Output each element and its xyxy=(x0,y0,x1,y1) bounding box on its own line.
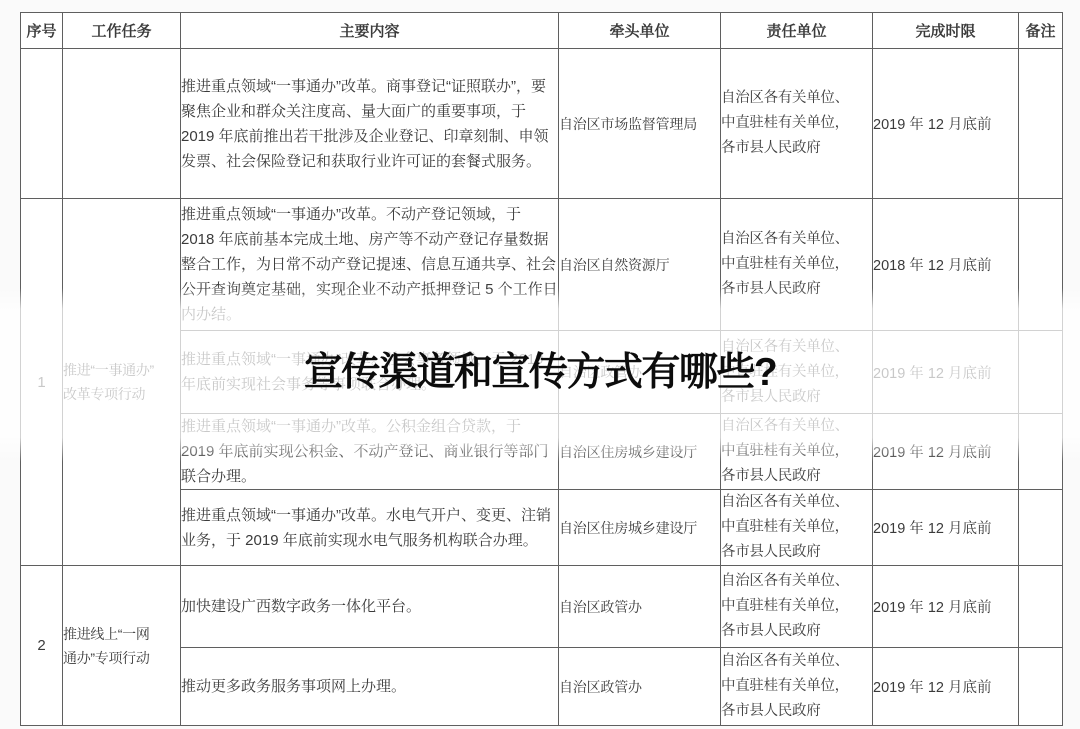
content-cell: 推动更多政务服务事项网上办理。 xyxy=(181,648,559,726)
col-header-lead: 牵头单位 xyxy=(559,13,721,49)
table-row: 1 推进“一事通办” 改革专项行动 推进重点领域“一事通办”改革。不动产登记领域… xyxy=(21,199,1063,331)
lead-unit-cell: 自治区政管办 xyxy=(559,648,721,726)
document-page: 序号 工作任务 主要内容 牵头单位 责任单位 完成时限 备注 推进重点领域“一事… xyxy=(0,0,1080,729)
lead-unit-cell: 自治区自然资源厅 xyxy=(559,199,721,331)
remark-cell xyxy=(1019,49,1063,199)
resp-unit-cell: 自治区各有关单位、 中直驻桂有关单位， 各市县人民政府 xyxy=(721,414,873,490)
task-cell: 推进“一事通办” 改革专项行动 xyxy=(63,199,181,566)
task-cell-empty xyxy=(63,49,181,199)
lead-unit-cell: 自治区住房城乡建设厅 xyxy=(559,490,721,566)
remark-cell xyxy=(1019,331,1063,414)
lead-unit-cell: 自治区政管办 xyxy=(559,566,721,648)
deadline-cell: 2019 年 12 月底前 xyxy=(873,331,1019,414)
deadline-cell: 2019 年 12 月底前 xyxy=(873,490,1019,566)
lead-unit-cell: 自治区住房城乡建设厅 xyxy=(559,414,721,490)
task-cell: 推进线上“一网 通办”专项行动 xyxy=(63,566,181,726)
deadline-cell: 2019 年 12 月底前 xyxy=(873,49,1019,199)
table-header-row: 序号 工作任务 主要内容 牵头单位 责任单位 完成时限 备注 xyxy=(21,13,1063,49)
seq-cell-empty xyxy=(21,49,63,199)
resp-unit-cell: 自治区各有关单位、 中直驻桂有关单位， 各市县人民政府 xyxy=(721,648,873,726)
remark-cell xyxy=(1019,199,1063,331)
lead-unit-cell: 自治区市场监督管理局 xyxy=(559,49,721,199)
deadline-cell: 2019 年 12 月底前 xyxy=(873,648,1019,726)
resp-unit-cell: 自治区各有关单位、 中直驻桂有关单位， 各市县人民政府 xyxy=(721,199,873,331)
remark-cell xyxy=(1019,566,1063,648)
content-cell: 推进重点领域“一事通办”改革。不动产登记领域，于 2018 年底前基本完成土地、… xyxy=(181,199,559,331)
remark-cell xyxy=(1019,414,1063,490)
deadline-cell: 2019 年 12 月底前 xyxy=(873,414,1019,490)
content-cell: 推进重点领域“一事通办”改革。公积金组合贷款，于 2019 年底前实现公积金、不… xyxy=(181,414,559,490)
content-cell: 推进重点领域“一事通办”改革。水电气开户、变更、注销业务，于 2019 年底前实… xyxy=(181,490,559,566)
content-cell: 推进重点领域“一事通办”改革。商事登记“证照联办”，要聚焦企业和群众关注度高、量… xyxy=(181,49,559,199)
remark-cell xyxy=(1019,490,1063,566)
col-header-resp: 责任单位 xyxy=(721,13,873,49)
col-header-note: 备注 xyxy=(1019,13,1063,49)
seq-cell: 1 xyxy=(21,199,63,566)
resp-unit-cell: 自治区各有关单位、 中直驻桂有关单位， 各市县人民政府 xyxy=(721,566,873,648)
deadline-cell: 2018 年 12 月底前 xyxy=(873,199,1019,331)
seq-cell: 2 xyxy=(21,566,63,726)
col-header-time: 完成时限 xyxy=(873,13,1019,49)
resp-unit-cell: 自治区各有关单位、 中直驻桂有关单位， 各市县人民政府 xyxy=(721,49,873,199)
table-row: 2 推进线上“一网 通办”专项行动 加快建设广西数字政务一体化平台。 自治区政管… xyxy=(21,566,1063,648)
col-header-task: 工作任务 xyxy=(63,13,181,49)
deadline-cell: 2019 年 12 月底前 xyxy=(873,566,1019,648)
resp-unit-cell: 自治区各有关单位、 中直驻桂有关单位， 各市县人民政府 xyxy=(721,490,873,566)
watermark-title: 宣传渠道和宣传方式有哪些? xyxy=(304,341,776,397)
table-row: 推进重点领域“一事通办”改革。商事登记“证照联办”，要聚焦企业和群众关注度高、量… xyxy=(21,49,1063,199)
col-header-seq: 序号 xyxy=(21,13,63,49)
content-cell: 加快建设广西数字政务一体化平台。 xyxy=(181,566,559,648)
col-header-content: 主要内容 xyxy=(181,13,559,49)
remark-cell xyxy=(1019,648,1063,726)
